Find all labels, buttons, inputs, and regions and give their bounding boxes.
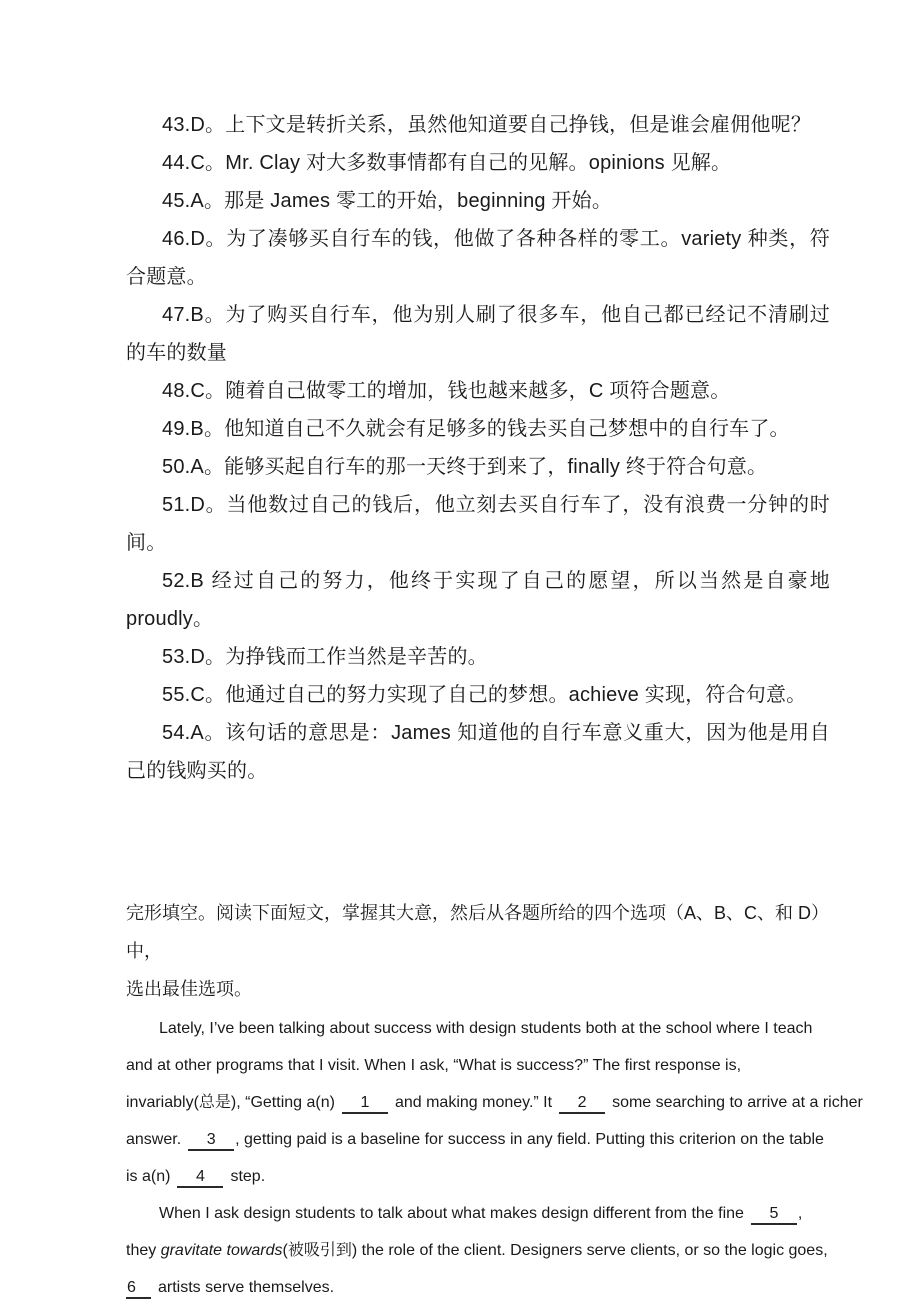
answer-item-53: 53.D。为挣钱而工作当然是辛苦的。 (126, 638, 830, 676)
passage-text: and at other programs that I visit. When… (126, 1057, 741, 1074)
answer-item-47: 47.B。为了购买自行车，他为别人刷了很多车，他自己都已经记不清刷过的车的数量 (126, 296, 830, 372)
cloze-section: 完形填空。阅读下面短文，掌握其大意，然后从各题所给的四个选项（A、B、C、和 D… (126, 894, 830, 1302)
answer-item-55: 55.C。他通过自己的努力实现了自己的梦想。achieve 实现，符合句意。 (126, 676, 830, 714)
answer-item-44: 44.C。Mr. Clay 对大多数事情都有自己的见解。opinions 见解。 (126, 144, 830, 182)
answer-item-50: 50.A。能够买起自行车的那一天终于到来了，finally 终于符合句意。 (126, 448, 830, 486)
answer-item-54: 54.A。该句话的意思是：James 知道他的自行车意义重大，因为他是用自己的钱… (126, 714, 830, 790)
passage-text: When I ask design students to talk about… (159, 1205, 744, 1222)
answer-key-section: 43.D。上下文是转折关系，虽然他知道要自己挣钱，但是谁会雇佣他呢？ 44.C。… (126, 106, 830, 790)
blank-1: 1 (342, 1093, 388, 1114)
passage-text: is a(n) (126, 1168, 170, 1185)
cloze-instruction-line-2: 选出最佳选项。 (126, 970, 830, 1008)
blank-6: 6 (126, 1278, 151, 1299)
passage-line-4: answer.3, getting paid is a baseline for… (126, 1121, 830, 1158)
passage-text: (被吸引到) the role of the client. Designers… (283, 1242, 828, 1259)
passage-text: they (126, 1242, 161, 1259)
answer-item-43: 43.D。上下文是转折关系，虽然他知道要自己挣钱，但是谁会雇佣他呢？ (126, 106, 830, 144)
cloze-passage: Lately, I’ve been talking about success … (126, 1010, 830, 1302)
passage-text: artists serve themselves. (158, 1279, 334, 1296)
passage-line-1: Lately, I’ve been talking about success … (126, 1010, 830, 1047)
answer-item-49: 49.B。他知道自己不久就会有足够多的钱去买自己梦想中的自行车了。 (126, 410, 830, 448)
passage-text: invariably(总是), “Getting a(n) (126, 1094, 335, 1111)
blank-5: 5 (751, 1204, 797, 1225)
passage-line-7: they gravitate towards(被吸引到) the role of… (126, 1232, 830, 1269)
document-page: 43.D。上下文是转折关系，虽然他知道要自己挣钱，但是谁会雇佣他呢？ 44.C。… (0, 0, 920, 1302)
answer-item-46: 46.D。为了凑够买自行车的钱，他做了各种各样的零工。variety 种类，符合… (126, 220, 830, 296)
passage-text: answer. (126, 1131, 181, 1148)
passage-text: some searching to arrive at a richer (612, 1094, 863, 1111)
passage-text: Lately, I’ve been talking about success … (159, 1020, 812, 1037)
passage-text: , (798, 1205, 802, 1222)
passage-line-8: 6artists serve themselves. (126, 1269, 830, 1302)
blank-3: 3 (188, 1130, 234, 1151)
blank-4: 4 (177, 1167, 223, 1188)
answer-item-45: 45.A。那是 James 零工的开始，beginning 开始。 (126, 182, 830, 220)
passage-line-3: invariably(总是), “Getting a(n)1and making… (126, 1084, 830, 1121)
passage-line-2: and at other programs that I visit. When… (126, 1047, 830, 1084)
cloze-instruction-line-1: 完形填空。阅读下面短文，掌握其大意，然后从各题所给的四个选项（A、B、C、和 D… (126, 894, 830, 970)
passage-line-6: When I ask design students to talk about… (126, 1195, 830, 1232)
passage-text: and making money.” It (395, 1094, 552, 1111)
answer-item-48: 48.C。随着自己做零工的增加，钱也越来越多，C 项符合题意。 (126, 372, 830, 410)
passage-italic-text: gravitate towards (161, 1242, 283, 1259)
answer-item-51: 51.D。当他数过自己的钱后，他立刻去买自行车了，没有浪费一分钟的时间。 (126, 486, 830, 562)
passage-text: , getting paid is a baseline for success… (235, 1131, 824, 1148)
blank-2: 2 (559, 1093, 605, 1114)
passage-text: step. (230, 1168, 265, 1185)
answer-item-52: 52.B 经过自己的努力，他终于实现了自己的愿望，所以当然是自豪地 proudl… (126, 562, 830, 638)
passage-line-5: is a(n)4step. (126, 1158, 830, 1195)
